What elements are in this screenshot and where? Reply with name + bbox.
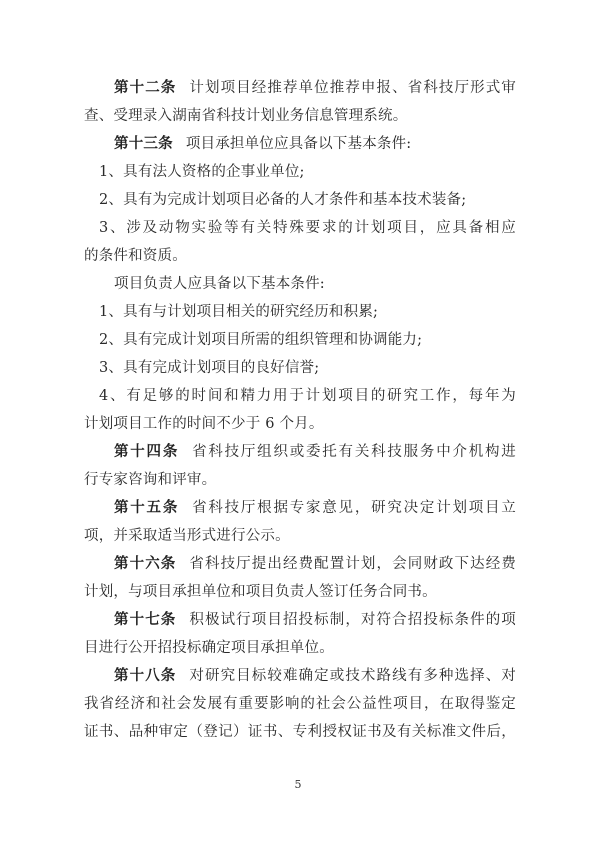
line-text: 2、具有为完成计划项目必备的人才条件和基本技术装备; [99, 192, 466, 208]
document-page: 第十二条计划项目经推荐单位推荐申报、省科技厅形式审查、受理录入湖南省科技计划业务… [0, 0, 596, 842]
text-line: 4、有足够的时间和精力用于计划项目的研究工作，每年为 [84, 382, 516, 410]
line-text: 证书、品种审定（登记）证书、专利授权证书及有关标准文件后， [84, 724, 516, 740]
text-line: 计划，与项目承担单位和项目负责人签订任务合同书。 [84, 578, 516, 606]
article-number: 第十三条 [114, 136, 173, 152]
page-number: 5 [0, 778, 596, 791]
text-line: 第十七条积极试行项目招投标制，对符合招投标条件的项 [84, 606, 516, 634]
text-line: 3、涉及动物实验等有关特殊要求的计划项目，应具备相应 [84, 214, 516, 242]
text-line: 项目负责人应具备以下基本条件: [84, 270, 516, 298]
document-body: 第十二条计划项目经推荐单位推荐申报、省科技厅形式审查、受理录入湖南省科技计划业务… [84, 74, 516, 746]
line-text: 省科技厅组织或委托有关科技服务中介机构进 [192, 444, 516, 460]
line-text: 的条件和资质。 [84, 248, 187, 264]
text-line: 第十二条计划项目经推荐单位推荐申报、省科技厅形式审 [84, 74, 516, 102]
text-line: 证书、品种审定（登记）证书、专利授权证书及有关标准文件后， [84, 718, 516, 746]
text-line: 2、具有完成计划项目所需的组织管理和协调能力; [84, 326, 516, 354]
line-text: 计划项目经推荐单位推荐申报、省科技厅形式审 [189, 80, 516, 96]
line-text: 省科技厅提出经费配置计划，会同财政下达经费 [189, 556, 516, 572]
text-line: 第十五条省科技厅根据专家意见，研究决定计划项目立 [84, 494, 516, 522]
article-number: 第十八条 [114, 668, 176, 684]
line-text: 计划，与项目承担单位和项目负责人签订任务合同书。 [84, 584, 437, 600]
article-number: 第十二条 [114, 80, 176, 96]
text-line: 2、具有为完成计划项目必备的人才条件和基本技术装备; [84, 186, 516, 214]
line-text: 积极试行项目招投标制，对符合招投标条件的项 [189, 612, 516, 628]
line-text: 项目负责人应具备以下基本条件: [114, 276, 325, 292]
line-text: 3、涉及动物实验等有关特殊要求的计划项目，应具备相应 [99, 220, 516, 236]
article-number: 第十七条 [114, 612, 176, 628]
line-text: 项，并采取适当形式进行公示。 [84, 528, 290, 544]
line-text: 查、受理录入湖南省科技计划业务信息管理系统。 [84, 108, 407, 124]
text-line: 行专家咨询和评审。 [84, 466, 516, 494]
article-number: 第十六条 [114, 556, 176, 572]
line-text: 1、具有与计划项目相关的研究经历和积累; [99, 304, 378, 320]
line-text: 对研究目标较难确定或技术路线有多种选择、对 [189, 668, 516, 684]
text-line: 第十三条项目承担单位应具备以下基本条件: [84, 130, 516, 158]
article-number: 第十四条 [114, 444, 179, 460]
text-line: 查、受理录入湖南省科技计划业务信息管理系统。 [84, 102, 516, 130]
text-line: 项，并采取适当形式进行公示。 [84, 522, 516, 550]
text-line: 第十六条省科技厅提出经费配置计划，会同财政下达经费 [84, 550, 516, 578]
line-text: 省科技厅根据专家意见，研究决定计划项目立 [192, 500, 516, 516]
line-text: 3、具有完成计划项目的良好信誉; [99, 360, 319, 376]
text-line: 目进行公开招投标确定项目承担单位。 [84, 634, 516, 662]
text-line: 3、具有完成计划项目的良好信誉; [84, 354, 516, 382]
line-text: 项目承担单位应具备以下基本条件: [186, 136, 412, 152]
line-text: 我省经济和社会发展有重要影响的社会公益性项目，在取得鉴定 [84, 696, 516, 712]
text-line: 1、具有法人资格的企事业单位; [84, 158, 516, 186]
line-text: 行专家咨询和评审。 [84, 472, 216, 488]
line-text: 4、有足够的时间和精力用于计划项目的研究工作，每年为 [99, 388, 516, 404]
line-text: 计划项目工作的时间不少于 6 个月。 [84, 416, 324, 432]
text-line: 的条件和资质。 [84, 242, 516, 270]
text-line: 第十四条省科技厅组织或委托有关科技服务中介机构进 [84, 438, 516, 466]
text-line: 1、具有与计划项目相关的研究经历和积累; [84, 298, 516, 326]
text-line: 计划项目工作的时间不少于 6 个月。 [84, 410, 516, 438]
line-text: 1、具有法人资格的企事业单位; [99, 164, 305, 180]
text-line: 第十八条对研究目标较难确定或技术路线有多种选择、对 [84, 662, 516, 690]
line-text: 目进行公开招投标确定项目承担单位。 [84, 640, 334, 656]
text-line: 我省经济和社会发展有重要影响的社会公益性项目，在取得鉴定 [84, 690, 516, 718]
article-number: 第十五条 [114, 500, 179, 516]
line-text: 2、具有完成计划项目所需的组织管理和协调能力; [99, 332, 422, 348]
